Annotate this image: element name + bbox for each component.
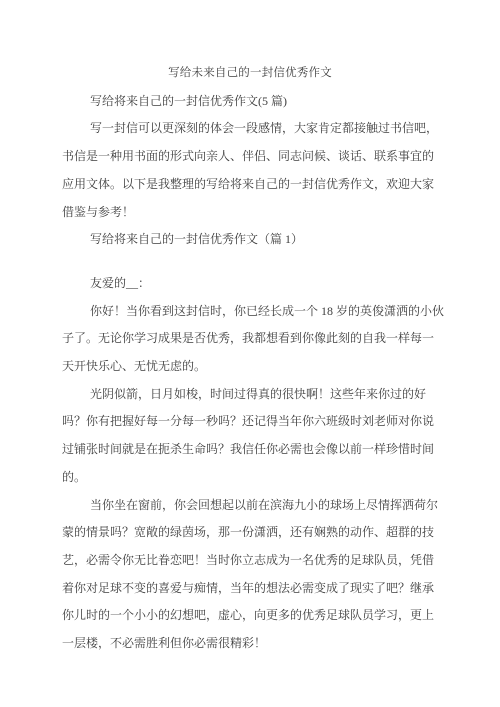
intro-paragraph: 写一封信可以更深刻的体会一段感情，大家肯定都接触过书信吧， 书信是一种用书面的形… xyxy=(62,115,438,226)
document-page: 写给未来自己的一封信优秀作文 写给将来自己的一封信优秀作文(5 篇) 写一封信可… xyxy=(0,0,500,707)
letter-paragraph-2: 光阴似箭，日月如梭，时间过得真的很快啊！这些年来你过的好 吗？你有把握好每一分每… xyxy=(62,381,438,492)
letter-salutation: 友爱的__： xyxy=(62,270,438,298)
document-title: 写给未来自己的一封信优秀作文 xyxy=(62,60,438,88)
letter-paragraph-3: 当你坐在窗前，你会回想起以前在滨海九小的球场上尽情挥洒荷尔 蒙的情景吗？宽敞的绿… xyxy=(62,492,438,658)
letter-paragraph-1: 你好！当你看到这封信时，你已经长成一个 18 岁的英俊潇洒的小伙 子了。无论你学… xyxy=(62,298,438,381)
blank-space xyxy=(62,254,438,270)
section-heading: 写给将来自己的一封信优秀作文（篇 1） xyxy=(62,226,438,254)
document-subtitle: 写给将来自己的一封信优秀作文(5 篇) xyxy=(62,88,438,116)
